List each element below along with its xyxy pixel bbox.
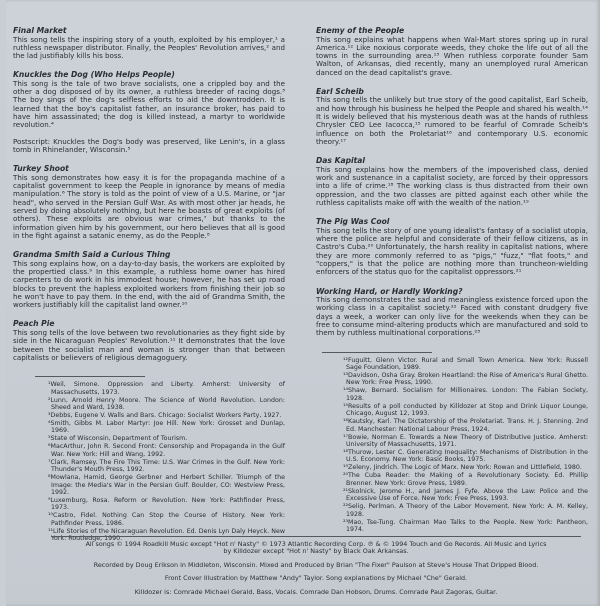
song-description: This song explains what happens when Wal… [316, 36, 588, 77]
footnote: ⁹Luxemburg, Rosa. Reform or Revolution. … [51, 497, 285, 512]
footnote: ²¹Skolnick, Jerome H., and James J. Fyfe… [346, 488, 588, 503]
footnote: ⁴Smith, Gibbs M. Labor Martyr: Joe Hill.… [51, 420, 285, 435]
song-description: This song tells the inspiring story of a… [13, 36, 285, 61]
footnote: ²²Selig, Perlman. A Theory of the Labor … [346, 503, 588, 518]
footnote: ¹Weil, Simone. Oppression and Liberty. A… [51, 381, 285, 396]
footnote: ⁶MacArthur, John R. Second Front: Censor… [51, 443, 285, 458]
song-the-pig-was-cool: The Pig Was Cool This song tells the sto… [316, 217, 588, 276]
song-description: This song demonstrates the sad and meani… [316, 296, 588, 337]
footnote: ¹⁰Castro, Fidel. Nothing Can Stop the Co… [51, 512, 285, 527]
footnote: ¹⁴Shaw, Bernard. Socialism for Millionai… [346, 387, 588, 402]
recording-credit: Recorded by Doug Erikson in Middleton, W… [36, 562, 596, 569]
footnote: ⁸Mowlana, Hamid, George Gerbner and Herb… [51, 474, 285, 496]
song-enemy-of-the-people: Enemy of the People This song explains w… [316, 26, 588, 77]
footnote: ¹³Davidson, Osha Gray. Broken Heartland:… [346, 372, 588, 387]
song-postscript: Postscript: Knuckles the Dog's body was … [13, 138, 285, 155]
footnote: ⁷Clark, Ramsey. The Fire This Time: U.S.… [51, 459, 285, 474]
credits-divider [51, 536, 581, 537]
footnote: ⁵State of Wisconsin, Department of Touri… [51, 435, 285, 442]
footnote: ²⁰The Cuba Reader: the Making of a Revol… [346, 472, 588, 487]
footnote: ²³Mao, Tse-Tung. Chairman Mao Talks to t… [346, 519, 588, 534]
credits: All songs © 1994 Roadkill Music except "… [36, 541, 596, 602]
right-column: Enemy of the People This song explains w… [316, 26, 588, 534]
footnotes-right: ¹²Fuguitt, Glenn Victor. Rural and Small… [316, 357, 588, 534]
footnote: ¹²Fuguitt, Glenn Victor. Rural and Small… [346, 357, 588, 372]
footnote: ¹⁸Thurow, Lester C. Generating Inequalit… [346, 449, 588, 464]
song-peach-pie: Peach Pie This song tells of the love be… [13, 319, 285, 362]
copyright-notice: All songs © 1994 Roadkill Music except "… [36, 541, 596, 556]
footnote: ¹⁶Kautsky, Karl. The Dictatorship of the… [346, 418, 588, 433]
song-earl-scheib: Earl Scheib This song tells the unlikely… [316, 87, 588, 146]
song-description: This song explains how the members of th… [316, 166, 588, 207]
song-description: This song demonstrates how easy it is fo… [13, 174, 285, 240]
song-description: This song is the tale of two brave socia… [13, 80, 285, 130]
band-lineup: Killdozer is: Comrade Michael Gerald, Ba… [36, 589, 596, 596]
footnote: ²Lunn, Arnold Henry Moore. The Science o… [51, 397, 285, 412]
song-knuckles-the-dog: Knuckles the Dog (Who Helps People) This… [13, 70, 285, 154]
footnote-divider [322, 352, 432, 353]
left-column: Final Market This song tells the inspiri… [13, 26, 285, 543]
song-description: This song tells the story of one young i… [316, 227, 588, 277]
song-working-hard: Working Hard, or Hardly Working? This so… [316, 287, 588, 338]
song-description: This song tells the unlikely but true st… [316, 96, 588, 146]
liner-notes-page: Final Market This song tells the inspiri… [6, 0, 600, 606]
song-grandma-smith: Grandma Smith Said a Curious Thing This … [13, 250, 285, 309]
song-final-market: Final Market This song tells the inspiri… [13, 26, 285, 60]
footnote-divider [35, 376, 145, 377]
footnote: ¹⁷Bowie, Norman E. Towards a New Theory … [346, 434, 588, 449]
song-turkey-shoot: Turkey Shoot This song demonstrates how … [13, 164, 285, 240]
copyright-line-2: by Killdozer except "Hot n' Nasty" by Bl… [223, 547, 408, 555]
song-das-kapital: Das Kapital This song explains how the m… [316, 156, 588, 207]
footnote: ¹⁹Zeleny, Jindrich. The Logic of Marx. N… [346, 464, 588, 471]
footnotes-left: ¹Weil, Simone. Oppression and Liberty. A… [13, 381, 285, 542]
artwork-credit: Front Cover Illustration by Matthew "And… [36, 575, 596, 582]
footnote: ¹⁵Results of a poll conducted by Killdoz… [346, 403, 588, 418]
song-description: This song explains how, on a day-to-day … [13, 260, 285, 310]
footnote: ³Debbs, Eugene V. Walls and Bars. Chicag… [51, 412, 285, 419]
song-description: This song tells of the love between two … [13, 329, 285, 362]
